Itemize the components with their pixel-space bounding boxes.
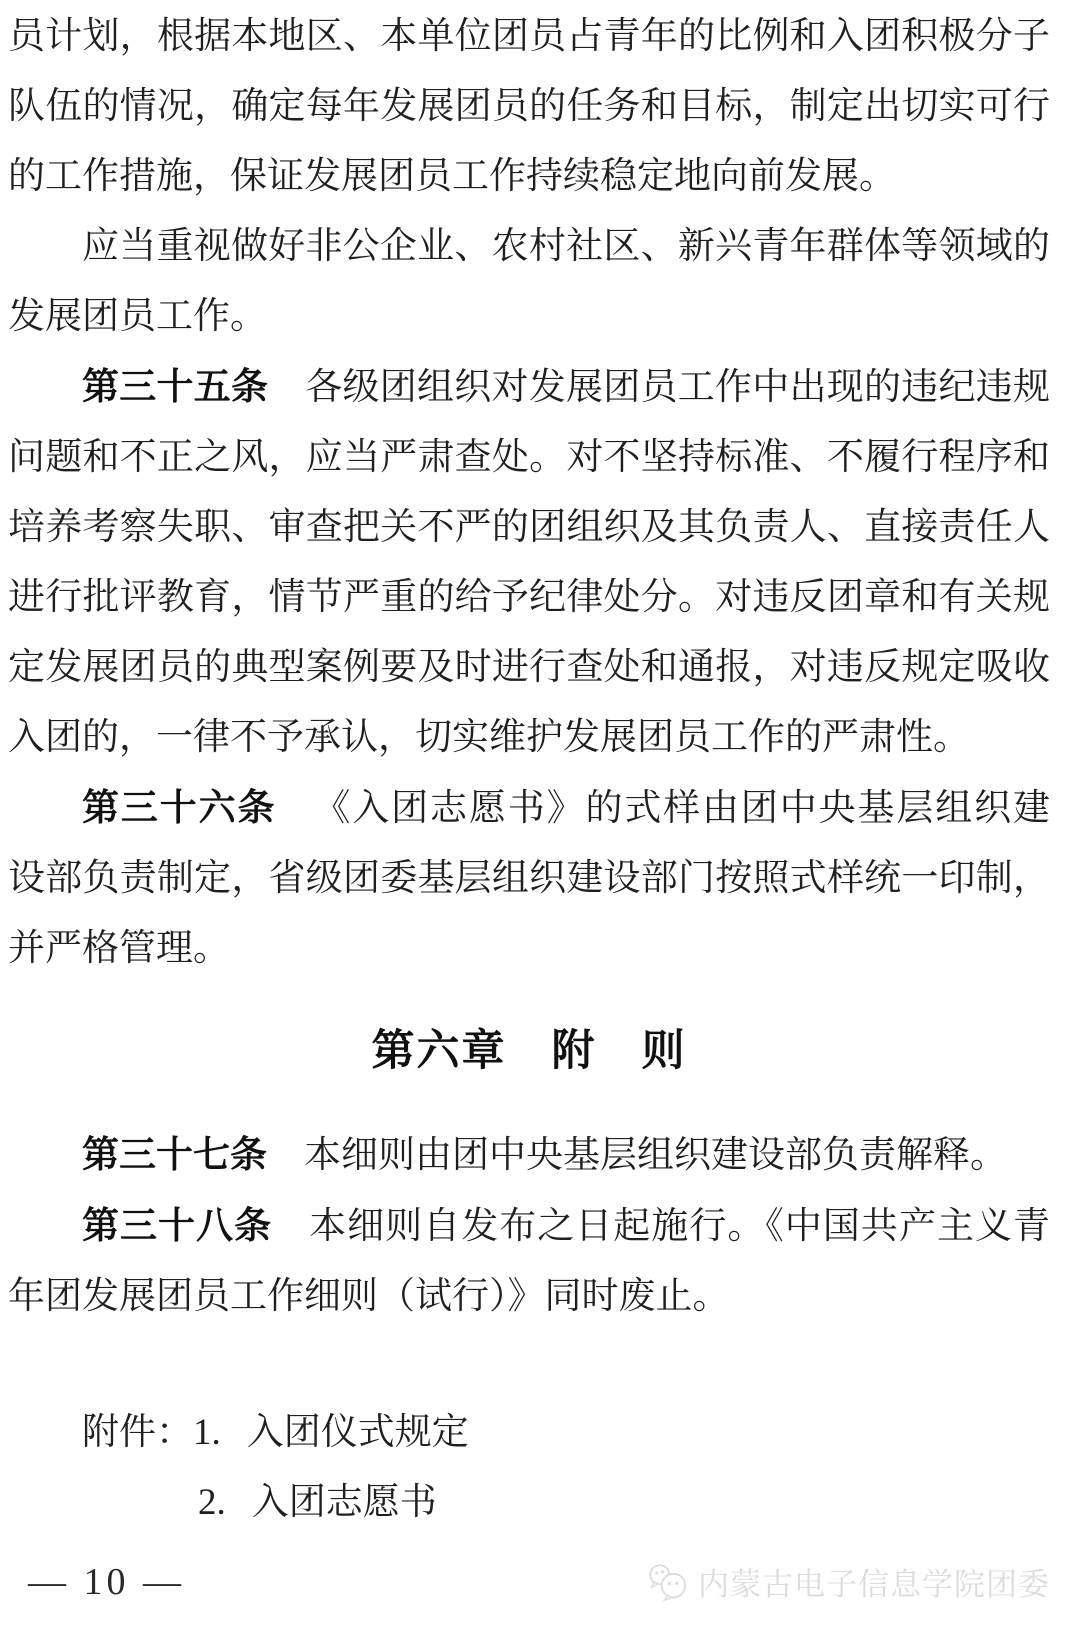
article-text: 本细则由团中央基层组织建设部负责解释。 [304, 1135, 1007, 1176]
article-number: 第三十五条 [82, 366, 268, 407]
body-line-article-38: 第三十八条本细则自发布之日起施行。《中国共产主义青 [8, 1191, 1050, 1262]
body-line: 队伍的情况，确定每年发展团员的任务和目标，制定出切实可行 [8, 72, 1050, 142]
body-line: 并严格管理。 [8, 914, 1050, 984]
article-number: 第三十八条 [82, 1205, 272, 1246]
page-footer: — 10 — 内蒙古电子信息学院团委 [0, 1550, 1080, 1631]
body-line: 年团发展团员工作细则（试行）》同时废止。 [8, 1262, 1050, 1332]
body-line: 员计划，根据本地区、本单位团员占青年的比例和入团积极分子 [8, 2, 1050, 72]
document-body: 员计划，根据本地区、本单位团员占青年的比例和入团积极分子 队伍的情况，确定每年发… [0, 0, 1080, 1538]
attachment-number: 2. [198, 1482, 226, 1523]
attachment-title: 入团志愿书 [252, 1482, 437, 1523]
attachments-block: 附件：1.入团仪式规定 2.入团志愿书 [8, 1398, 1050, 1538]
article-text: 各级团组织对发展团员工作中出现的违纪违规 [305, 367, 1050, 408]
watermark: 内蒙古电子信息学院团委 [646, 1559, 1050, 1604]
article-text: 《入团志愿书》的式样由团中央基层组织建 [313, 788, 1050, 829]
watermark-text: 内蒙古电子信息学院团委 [698, 1559, 1050, 1604]
wechat-icon [646, 1562, 690, 1602]
body-line-article-36: 第三十六条《入团志愿书》的式样由团中央基层组织建 [8, 773, 1050, 844]
article-number: 第三十六条 [82, 787, 276, 828]
body-line: 应当重视做好非公企业、农村社区、新兴青年群体等领域的 [8, 212, 1050, 282]
article-text: 本细则自发布之日起施行。《中国共产主义青 [309, 1206, 1050, 1247]
body-line: 培养考察失职、审查把关不严的团组织及其负责人、直接责任人 [8, 493, 1050, 563]
attachment-item: 附件：1.入团仪式规定 [8, 1398, 1050, 1468]
body-line: 发展团员工作。 [8, 282, 1050, 352]
body-line-article-35: 第三十五条各级团组织对发展团员工作中出现的违纪违规 [8, 352, 1050, 423]
chapter-heading: 第六章 附 则 [8, 1017, 1050, 1087]
body-line: 进行批评教育，情节严重的给予纪律处分。对违反团章和有关规 [8, 563, 1050, 633]
attachments-label: 附件： [82, 1412, 193, 1453]
document-page: 员计划，根据本地区、本单位团员占青年的比例和入团积极分子 队伍的情况，确定每年发… [0, 0, 1080, 1631]
page-number: — 10 — [28, 1560, 185, 1604]
body-line: 问题和不正之风，应当严肃查处。对不坚持标准、不履行程序和 [8, 423, 1050, 493]
body-line-article-37: 第三十七条本细则由团中央基层组织建设部负责解释。 [8, 1120, 1050, 1191]
body-line: 的工作措施，保证发展团员工作持续稳定地向前发展。 [8, 142, 1050, 212]
attachment-item: 2.入团志愿书 [8, 1468, 1050, 1538]
body-line: 入团的，一律不予承认，切实维护发展团员工作的严肃性。 [8, 703, 1050, 773]
attachment-title: 入团仪式规定 [247, 1412, 469, 1453]
body-line: 设部负责制定，省级团委基层组织建设部门按照式样统一印制， [8, 844, 1050, 914]
article-number: 第三十七条 [82, 1134, 267, 1175]
attachment-number: 1. [193, 1412, 221, 1453]
body-line: 定发展团员的典型案例要及时进行查处和通报，对违反规定吸收 [8, 633, 1050, 703]
